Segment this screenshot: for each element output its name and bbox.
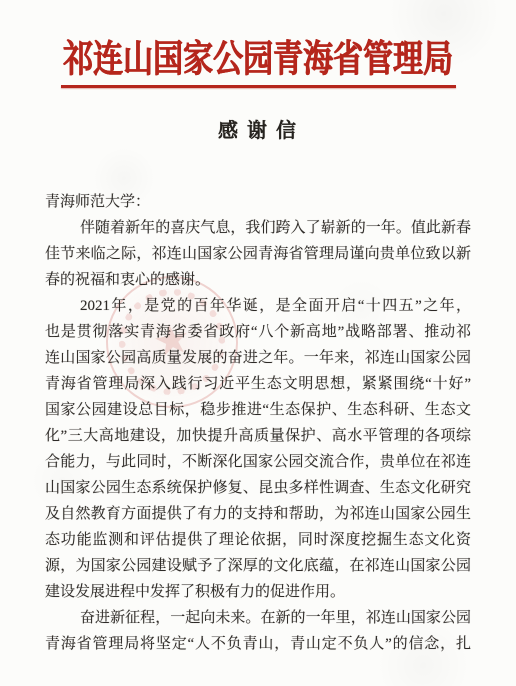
body-line: 伴随着新年的喜庆气息，我们跨入了崭新的一年。值此新春 (45, 215, 471, 241)
body-line: 态功能监测和评估提供了理论依据，同时深度挖掘生态文化资 (45, 527, 471, 553)
body-line: 奋进新征程，一起向未来。在新的一年里，祁连山国家公园 (45, 605, 471, 631)
letter-title: 感 谢 信 (0, 119, 516, 143)
letterhead-divider-rule (61, 85, 456, 88)
letter-body: 青海师范大学： 伴随着新年的喜庆气息，我们跨入了崭新的一年。值此新春 佳节来临之… (45, 189, 471, 657)
body-line: 青海省管理局深入践行习近平生态文明思想，紧紧围绕“十好” (45, 371, 471, 397)
body-line: 化”三大高地建设，加快提升高质量保护、高水平管理的各项综 (45, 423, 471, 449)
body-line: 源，为国家公园建设赋予了深厚的文化底蕴，在祁连山国家公园 (45, 553, 471, 579)
body-line: 春的祝福和衷心的感谢。 (45, 267, 471, 293)
body-line: 连山国家公园高质量发展的奋进之年。一年来，祁连山国家公园 (45, 345, 471, 371)
body-line: 佳节来临之际，祁连山国家公园青海省管理局谨向贵单位致以新 (45, 241, 471, 267)
scanned-letter-page: 祁连山国家公园青海省管理局 感 谢 信 ★ 青海师范大学： 伴随着新年的喜庆气息… (0, 0, 516, 686)
salutation-line: 青海师范大学： (45, 189, 471, 215)
body-line: 山国家公园生态系统保护修复、昆虫多样性调查、生态文化研究 (45, 475, 471, 501)
body-line: 2021年，是党的百年华诞，是全面开启“十四五”之年， (45, 293, 471, 319)
body-line: 也是贯彻落实青海省委省政府“八个新高地”战略部署、推动祁 (45, 319, 471, 345)
body-line: 及自然教育方面提供了有力的支持和帮助，为祁连山国家公园生 (45, 501, 471, 527)
letterhead-org-title: 祁连山国家公园青海省管理局 (0, 41, 516, 79)
body-line: 青海省管理局将坚定“人不负青山，青山定不负人”的信念，扎 (45, 631, 471, 657)
body-line: 合能力，与此同时，不断深化国家公园交流合作，贵单位在祁连 (45, 449, 471, 475)
body-line: 建设发展进程中发挥了积极有力的促进作用。 (45, 579, 471, 605)
body-line: 国家公园建设总目标，稳步推进“生态保护、生态科研、生态文 (45, 397, 471, 423)
